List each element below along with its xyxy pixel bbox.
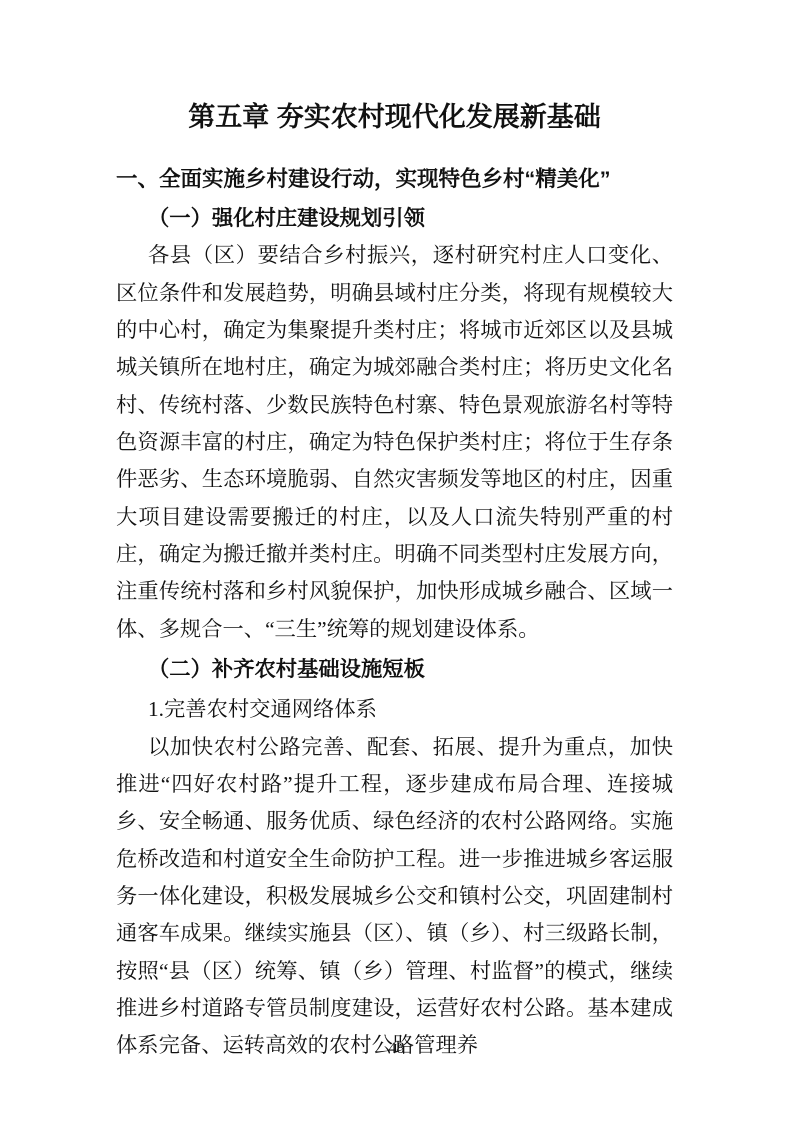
numbered-item-heading: 1.完善农村交通网络体系: [116, 691, 673, 728]
chapter-title: 第五章 夯实农村现代化发展新基础: [116, 98, 673, 136]
document-page: 第五章 夯实农村现代化发展新基础 一、全面实施乡村建设行动，实现特色乡村“精美化…: [0, 0, 793, 1122]
paragraph-rural-roads: 以加快农村公路完善、配套、拓展、提升为重点，加快推进“四好农村路”提升工程，逐步…: [116, 729, 673, 1065]
subsection-heading-1: （一）强化村庄建设规划引领: [116, 200, 673, 237]
paragraph-village-classification: 各县（区）要结合乡村振兴，逐村研究村庄人口变化、区位条件和发展趋势，明确县域村庄…: [116, 237, 673, 648]
page-number: 48: [0, 1040, 793, 1058]
section-heading: 一、全面实施乡村建设行动，实现特色乡村“精美化”: [116, 164, 673, 194]
subsection-heading-2: （二）补齐农村基础设施短板: [116, 651, 673, 688]
